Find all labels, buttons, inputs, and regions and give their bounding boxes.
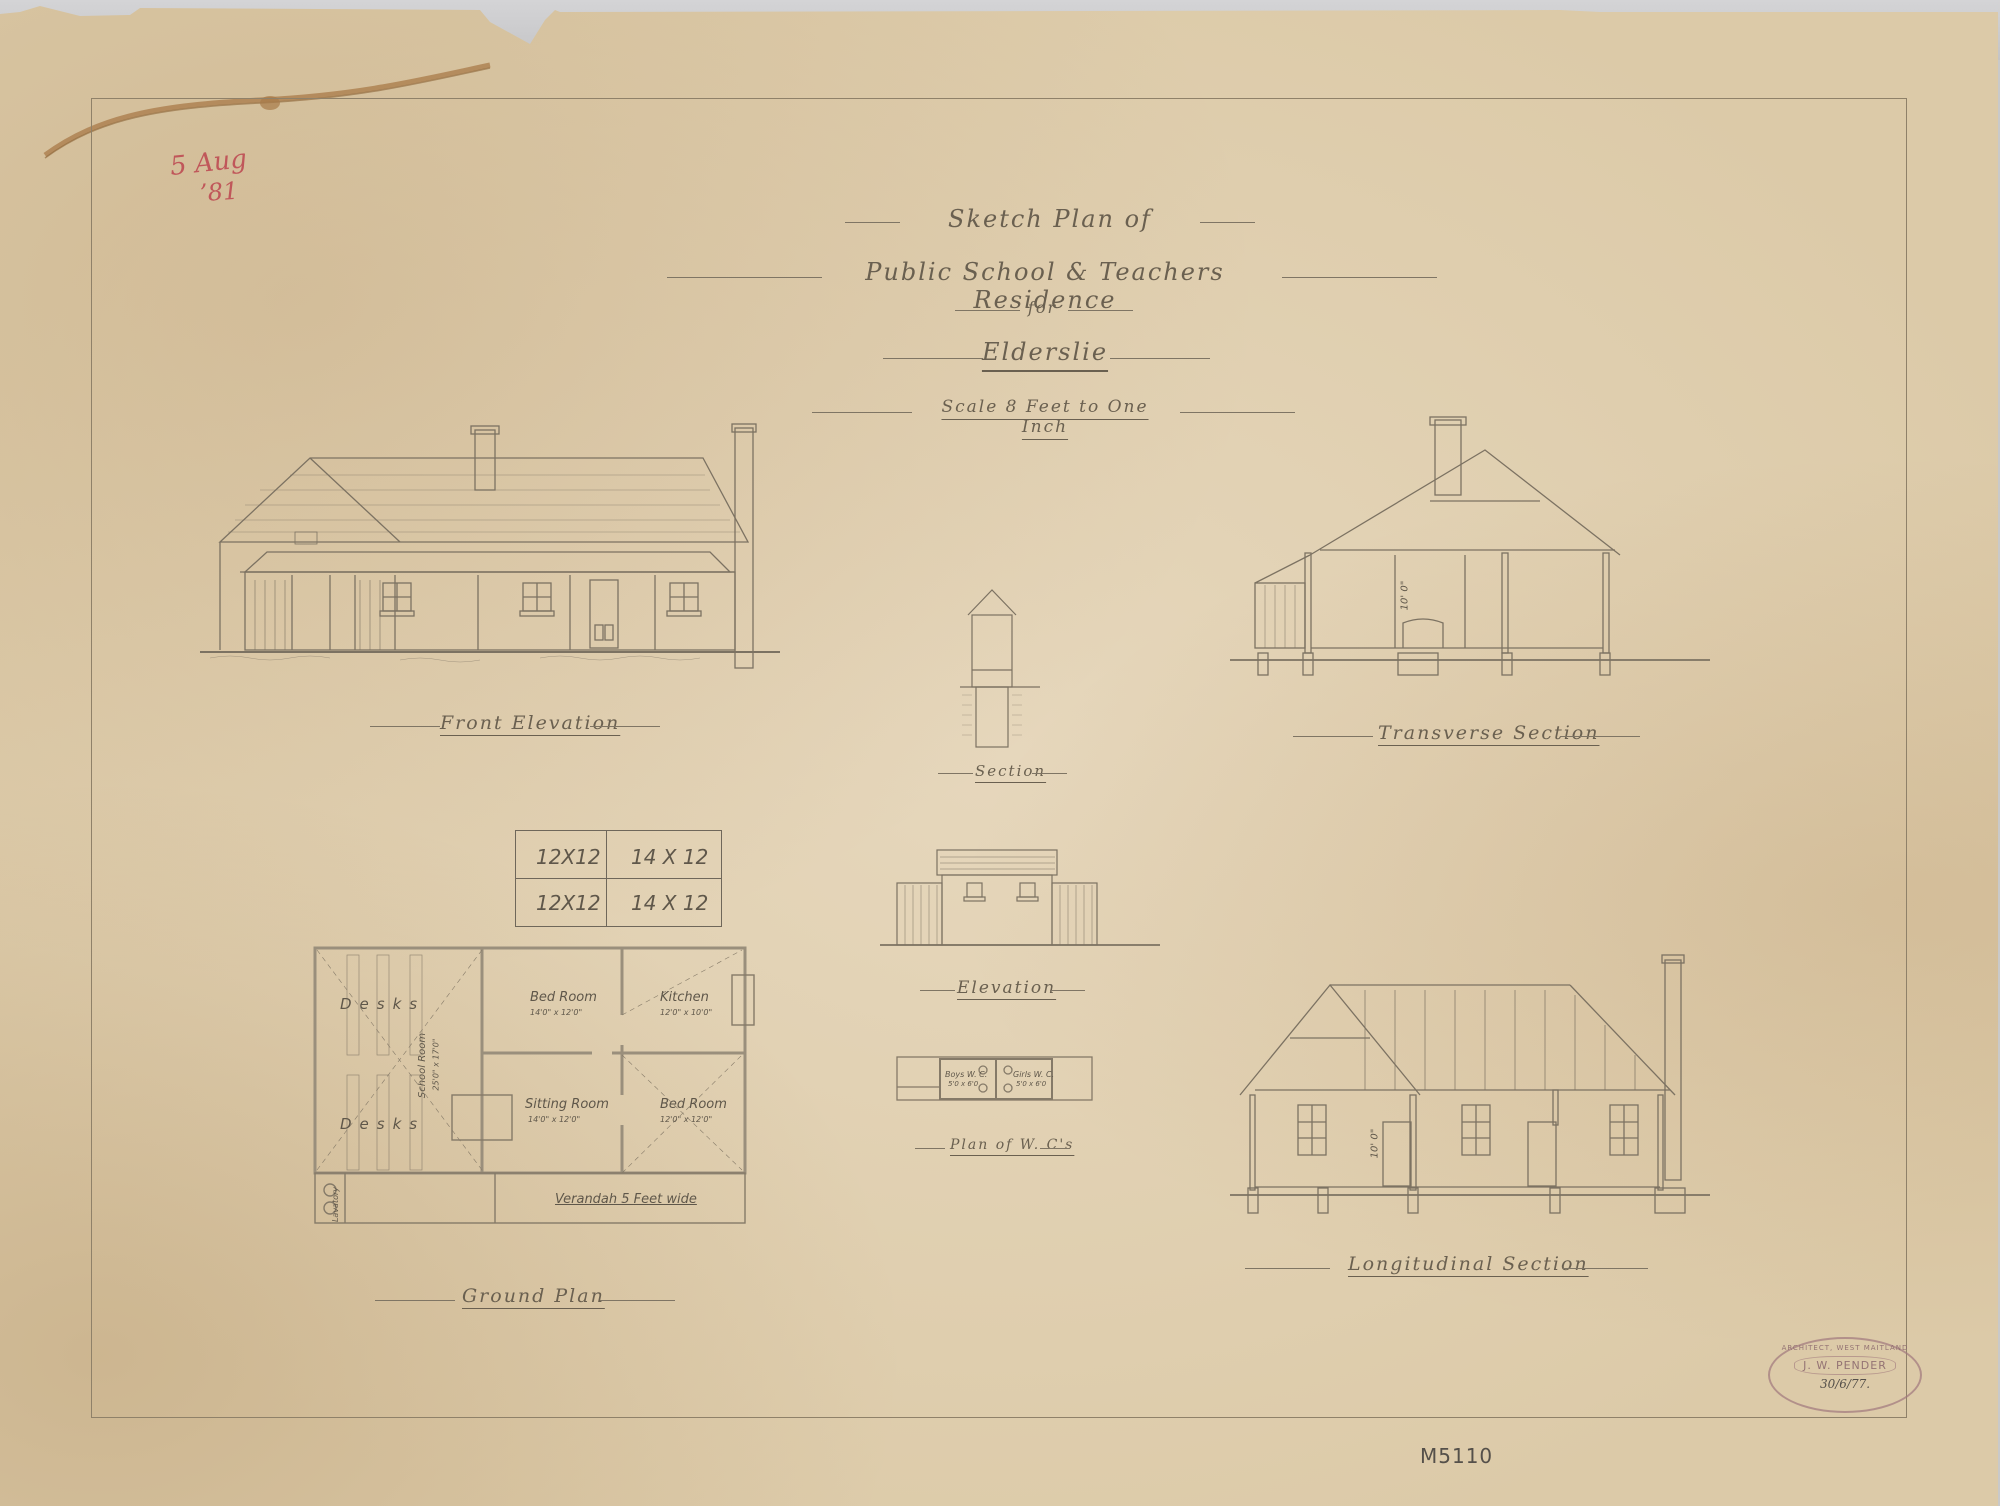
title-line-4: Elderslie [970, 338, 1120, 366]
ground-plan-drawing [312, 945, 762, 1230]
transverse-section-drawing [1230, 415, 1710, 685]
sketch-cell: 14 X 12 [631, 891, 708, 915]
wc-plan-drawing [895, 1055, 1095, 1105]
front-elevation-label: Front Elevation [440, 712, 620, 734]
architect-stamp: ARCHITECT, WEST MAITLAND J. W. PENDER 30… [1768, 1337, 1922, 1413]
room-label-desks: Desks [340, 995, 425, 1013]
room-label-desks: Desks [340, 1115, 425, 1133]
wc-room-girls: Girls W. C. [1013, 1070, 1054, 1079]
room-label-bed-room: Bed Room [530, 990, 597, 1005]
sketch-cell: 14 X 12 [631, 845, 708, 869]
plan-of-wcs-label: Plan of W. C's [950, 1137, 1074, 1153]
room-dims-sitting-room: 14'0" x 12'0" [528, 1115, 580, 1124]
longitudinal-section-label: Longitudinal Section [1348, 1253, 1589, 1275]
transverse-section-label: Transverse Section [1378, 722, 1599, 744]
lavatory-label: Lavatory [331, 1187, 340, 1222]
room-sketch-grid: 12X12 14 X 12 12X12 14 X 12 [515, 830, 722, 927]
section-label: Section [975, 762, 1046, 780]
reference-number: M5110 [1420, 1444, 1493, 1468]
room-dims-bed-room-2: 12'0" x 12'0" [660, 1115, 712, 1124]
stamp-name: J. W. PENDER [1794, 1356, 1896, 1375]
transverse-dimension: 10' 0" [1399, 581, 1410, 611]
elevation-label: Elevation [957, 978, 1056, 998]
sketch-cell: 12X12 [536, 845, 601, 869]
wc-room-girls-dims: 5'0 x 6'0 [1016, 1080, 1046, 1088]
front-elevation-drawing [200, 420, 780, 670]
room-label-bed-room-2: Bed Room [660, 1097, 727, 1112]
title-scale: Scale 8 Feet to One Inch [915, 397, 1175, 437]
stamp-ring-text: ARCHITECT, WEST MAITLAND [1770, 1344, 1920, 1352]
room-label-sitting-room: Sitting Room [525, 1097, 609, 1112]
stamp-date: 30/6/77. [1770, 1377, 1920, 1391]
room-dims-bed-room: 14'0" x 12'0" [530, 1008, 582, 1017]
title-line-1: Sketch Plan of [900, 205, 1200, 233]
room-label-school-room: School Room [417, 1033, 428, 1098]
wc-room-boys: Boys W. C. [945, 1070, 987, 1079]
longitudinal-section-drawing [1230, 950, 1710, 1220]
wc-room-boys-dims: 5'0 x 6'0 [948, 1080, 978, 1088]
room-dims-school-room: 25'0" x 17'0" [432, 1038, 441, 1090]
wc-section-drawing [960, 580, 1040, 750]
red-ink-annotation-line2: ’81 [199, 177, 239, 208]
room-dims-kitchen: 12'0" x 10'0" [660, 1008, 712, 1017]
title-line-3: for [1020, 298, 1065, 317]
sketch-cell: 12X12 [536, 891, 601, 915]
ground-plan-label: Ground Plan [462, 1285, 605, 1307]
room-label-kitchen: Kitchen [660, 990, 709, 1005]
verandah-label: Verandah 5 Feet wide [555, 1192, 697, 1207]
wc-elevation-drawing [870, 845, 1170, 955]
longitudinal-dimension: 10' 0" [1369, 1129, 1380, 1159]
